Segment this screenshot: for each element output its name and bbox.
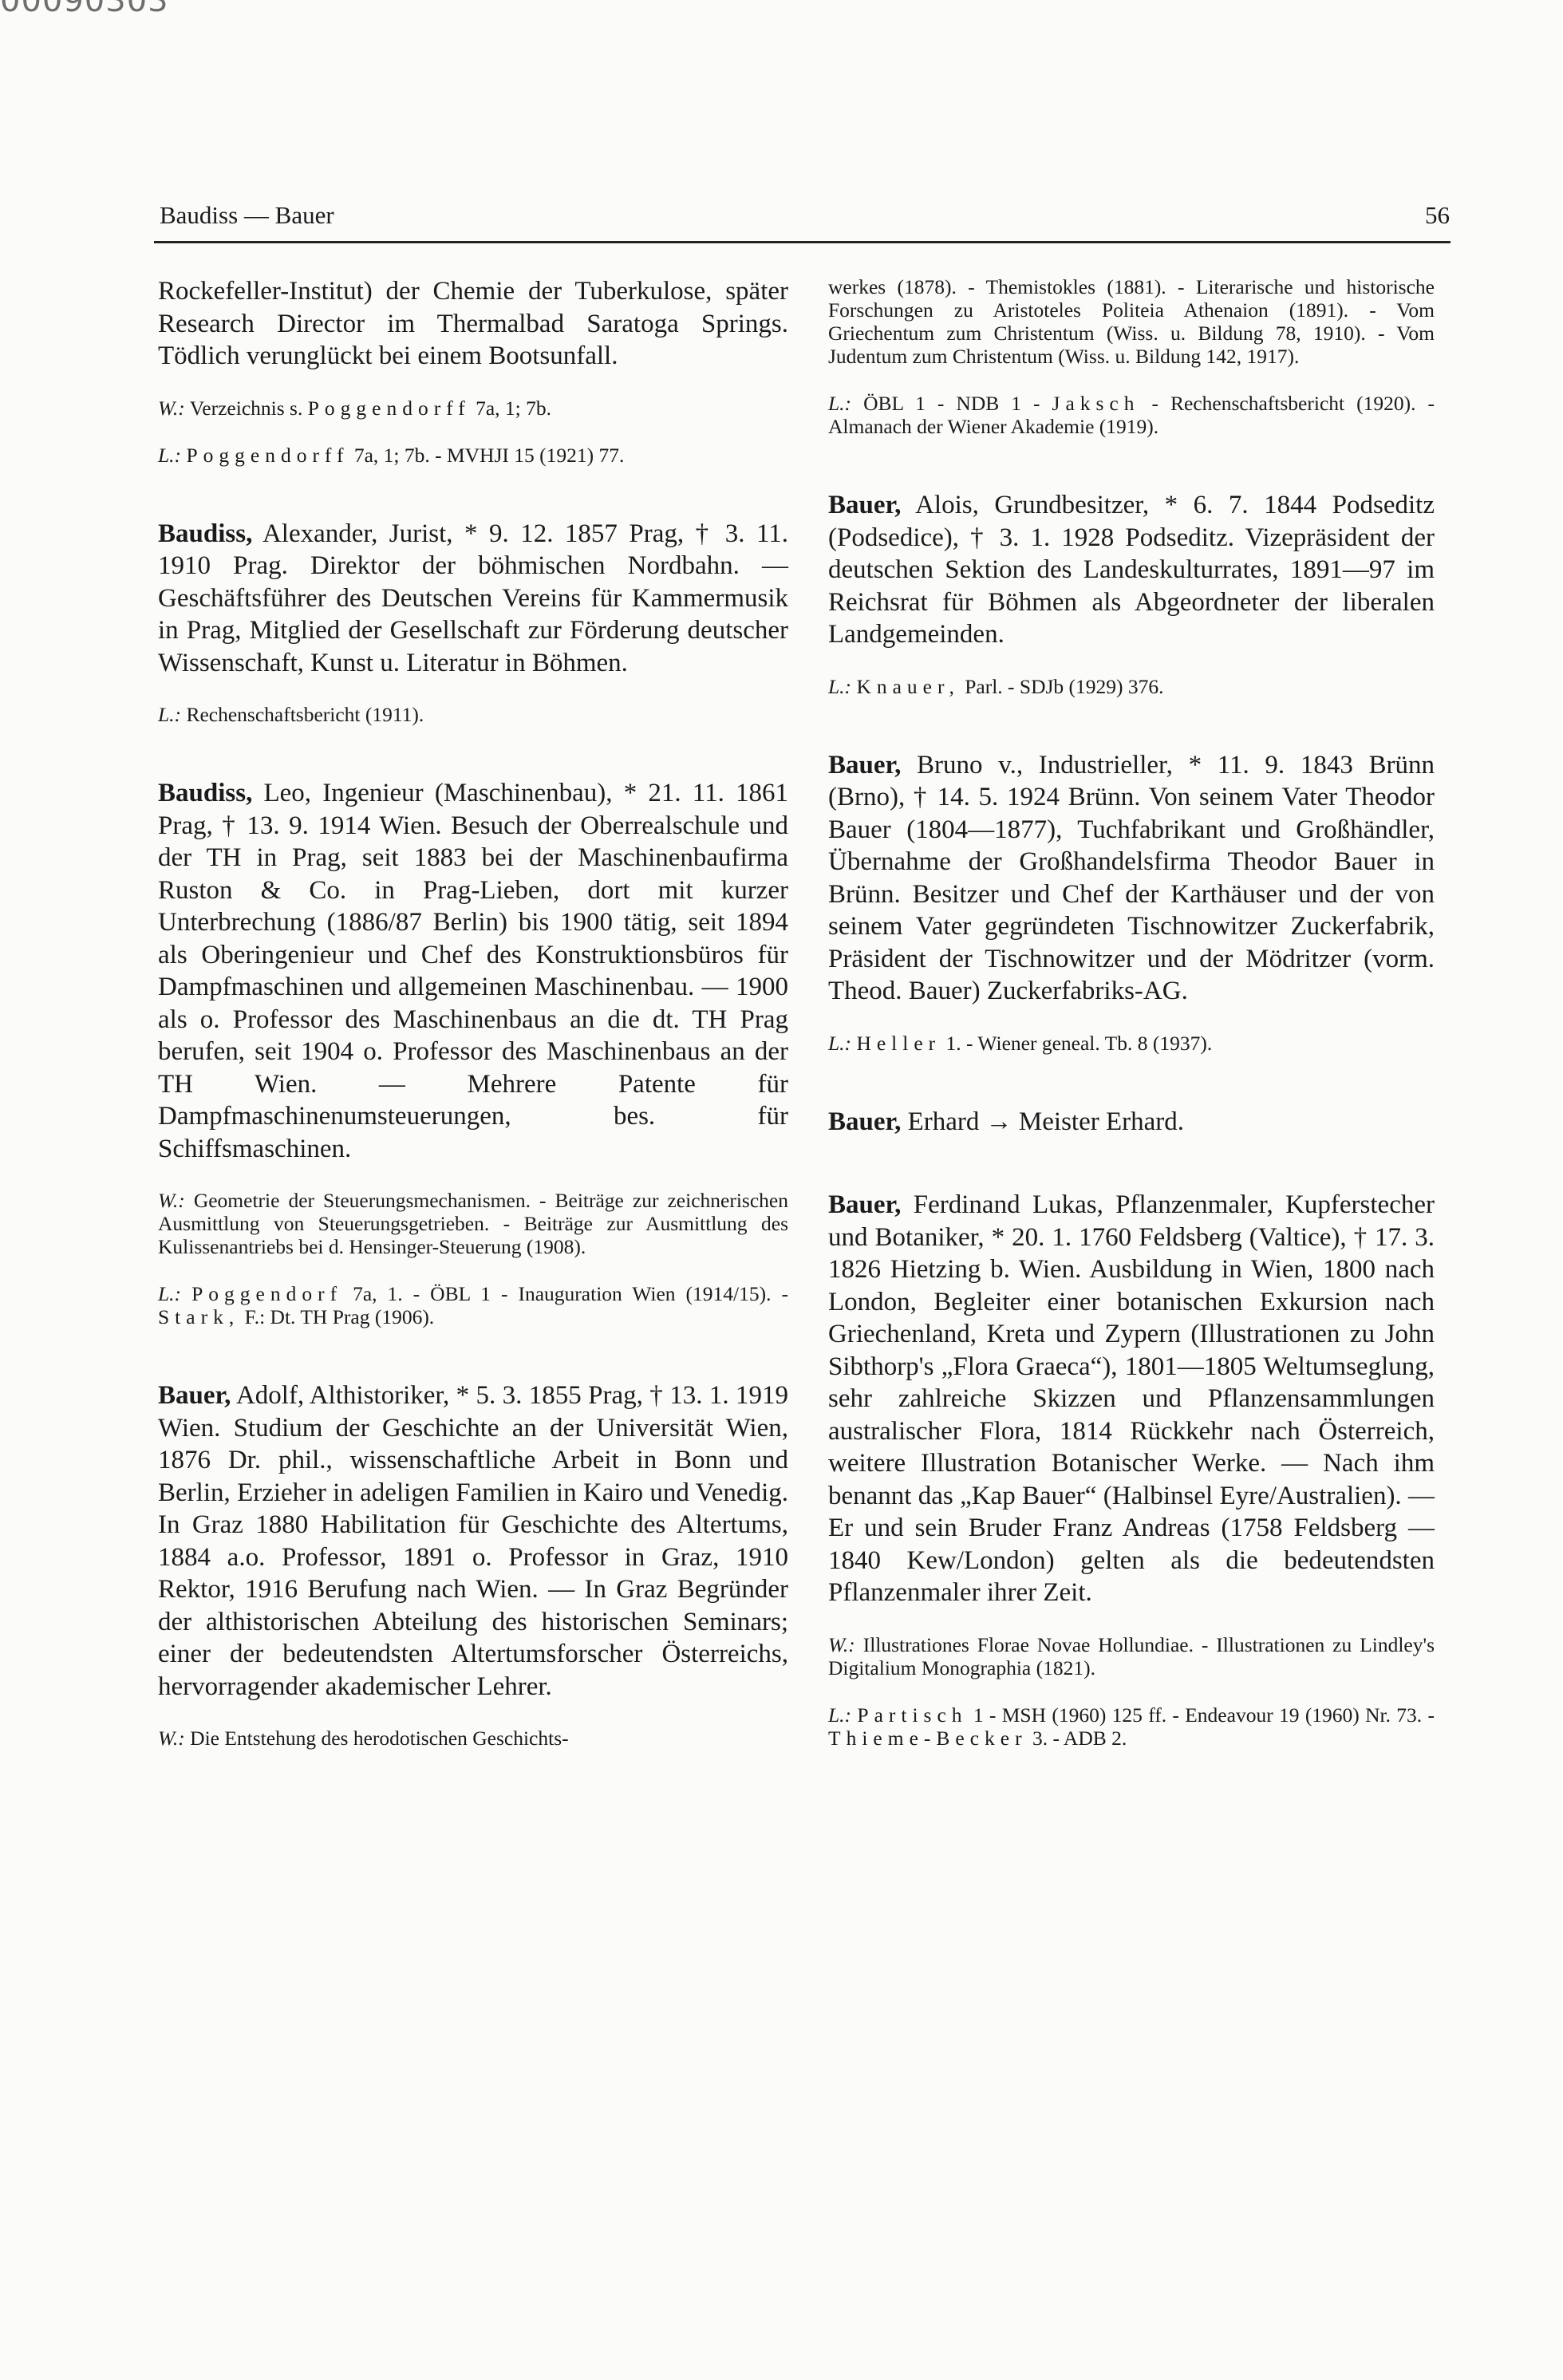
entry-continuation: Rockefeller-Institut) der Chemie der Tub… — [158, 275, 788, 373]
lit-text: 1. - Wiener geneal. Tb. 8 (1937). — [941, 1032, 1212, 1055]
entry-bauer-bruno: Bauer, Bruno v., Industrieller, * 11. 9.… — [828, 749, 1435, 1008]
entry-lemma: Bauer, — [828, 751, 901, 780]
lit-tag: L.: — [158, 444, 181, 467]
literature-reference: L.: ÖBL 1 - NDB 1 - Jaksch - Rechenschaf… — [828, 392, 1435, 438]
lit-text: ÖBL 1 - NDB 1 - — [863, 392, 1052, 415]
works-tag: W.: — [158, 397, 185, 420]
entry-text: Alois, Grundbesitzer, * 6. 7. 1844 Podse… — [828, 491, 1435, 649]
running-head: Baudiss — Bauer 56 — [160, 201, 1450, 233]
cross-reference[interactable]: Erhard → Meister Erhard. — [901, 1107, 1184, 1136]
literature-reference: L.: Rechenschaftsbericht (1911). — [158, 703, 788, 726]
works-reference: W.: Verzeichnis s. Poggendorff 7a, 1; 7b… — [158, 397, 788, 420]
works-text: Verzeichnis s. — [190, 397, 308, 420]
entry-text: Alexander, Jurist, * 9. 12. 1857 Prag, †… — [158, 519, 788, 677]
literature-reference: L.: Heller 1. - Wiener geneal. Tb. 8 (19… — [828, 1032, 1435, 1055]
lit-text: F.: Dt. TH Prag (1906). — [239, 1305, 434, 1328]
lit-tag: L.: — [828, 1703, 851, 1727]
entry-text: Adolf, Althistoriker, * 5. 3. 1855 Prag,… — [158, 1381, 788, 1701]
works-tag: W.: — [828, 1633, 855, 1656]
works-text: 7a, 1; 7b. — [471, 397, 551, 420]
right-column: werkes (1878). - Themistokles (1881). - … — [828, 275, 1435, 1750]
works-reference: W.: Geometrie der Steuerungsmechanismen.… — [158, 1189, 788, 1258]
entry-text: Ferdinand Lukas, Pflanzenmaler, Kupferst… — [828, 1190, 1435, 1607]
running-title: Baudiss — Bauer — [160, 201, 334, 230]
spaced-author: Jaksch — [1052, 392, 1140, 415]
lit-tag: L.: — [828, 392, 851, 415]
spaced-author: Knauer, — [856, 675, 959, 698]
works-reference: W.: Illustrationes Florae Novae Hollundi… — [828, 1633, 1435, 1679]
lit-tag: L.: — [158, 703, 181, 726]
lit-tag: L.: — [158, 1282, 181, 1305]
lit-text: Parl. - SDJb (1929) 376. — [960, 675, 1164, 698]
lit-text: 1 - MSH (1960) 125 ff. - Endeavour 19 (1… — [968, 1703, 1435, 1727]
entry-lemma: Baudiss, — [158, 519, 252, 548]
lit-text: 3. - ADB 2. — [1028, 1727, 1127, 1750]
literature-reference: L.: Knauer, Parl. - SDJb (1929) 376. — [828, 675, 1435, 698]
spaced-author: Poggendorf — [191, 1282, 342, 1305]
entry-baudiss-alexander: Baudiss, Alexander, Jurist, * 9. 12. 185… — [158, 518, 788, 680]
works-text: Geometrie der Steuerungsmechanismen. - B… — [158, 1189, 788, 1258]
entry-lemma: Bauer, — [828, 491, 901, 519]
entry-lemma: Baudiss, — [158, 779, 252, 807]
entry-lemma: Bauer, — [158, 1381, 231, 1410]
entry-bauer-alois: Bauer, Alois, Grundbesitzer, * 6. 7. 184… — [828, 489, 1435, 651]
spaced-author: Thieme-Becker — [828, 1727, 1028, 1750]
entry-text: Bruno v., Industrieller, * 11. 9. 1843 B… — [828, 751, 1435, 1006]
works-tag: W.: — [158, 1189, 185, 1212]
spaced-author: Heller — [856, 1032, 941, 1055]
entry-bauer-adolf: Bauer, Adolf, Althistoriker, * 5. 3. 185… — [158, 1379, 788, 1703]
entry-bauer-ferdinand: Bauer, Ferdinand Lukas, Pflanzenmaler, K… — [828, 1189, 1435, 1609]
works-text: Die Entstehung des herodotischen Geschic… — [190, 1727, 568, 1750]
spaced-author: Poggendorff — [308, 397, 471, 420]
entry-baudiss-leo: Baudiss, Leo, Ingenieur (Maschinenbau), … — [158, 777, 788, 1165]
entry-bauer-erhard: Bauer, Erhard → Meister Erhard. — [828, 1106, 1435, 1139]
left-column: Rockefeller-Institut) der Chemie der Tub… — [158, 275, 788, 1750]
scan-id: 00090303 — [0, 0, 169, 19]
header-rule — [154, 241, 1451, 243]
works-continuation: werkes (1878). - Themistokles (1881). - … — [828, 275, 1435, 368]
spaced-author: Stark, — [158, 1305, 239, 1328]
works-text: Illustrationes Florae Novae Hollundiae. … — [828, 1633, 1435, 1679]
works-tag: W.: — [158, 1727, 185, 1750]
lit-tag: L.: — [828, 675, 851, 698]
literature-reference: L.: Poggendorf 7a, 1. - ÖBL 1 - Inaugura… — [158, 1282, 788, 1328]
literature-reference: L.: Partisch 1 - MSH (1960) 125 ff. - En… — [828, 1703, 1435, 1750]
lit-text: 7a, 1. - ÖBL 1 - Inauguration Wien (1914… — [342, 1282, 788, 1305]
lit-tag: L.: — [828, 1032, 851, 1055]
lit-text: 7a, 1; 7b. - MVHJI 15 (1921) 77. — [349, 444, 624, 467]
entry-lemma: Bauer, — [828, 1107, 901, 1136]
entry-text: Leo, Ingenieur (Maschinenbau), * 21. 11.… — [158, 779, 788, 1163]
page-number: 56 — [1425, 201, 1450, 230]
literature-reference: L.: Poggendorff 7a, 1; 7b. - MVHJI 15 (1… — [158, 444, 788, 467]
lit-text: Rechenschaftsbericht (1911). — [186, 703, 424, 726]
works-reference: W.: Die Entstehung des herodotischen Ges… — [158, 1727, 788, 1750]
spaced-author: Partisch — [857, 1703, 967, 1727]
spaced-author: Poggendorff — [186, 444, 349, 467]
entry-lemma: Bauer, — [828, 1190, 901, 1219]
